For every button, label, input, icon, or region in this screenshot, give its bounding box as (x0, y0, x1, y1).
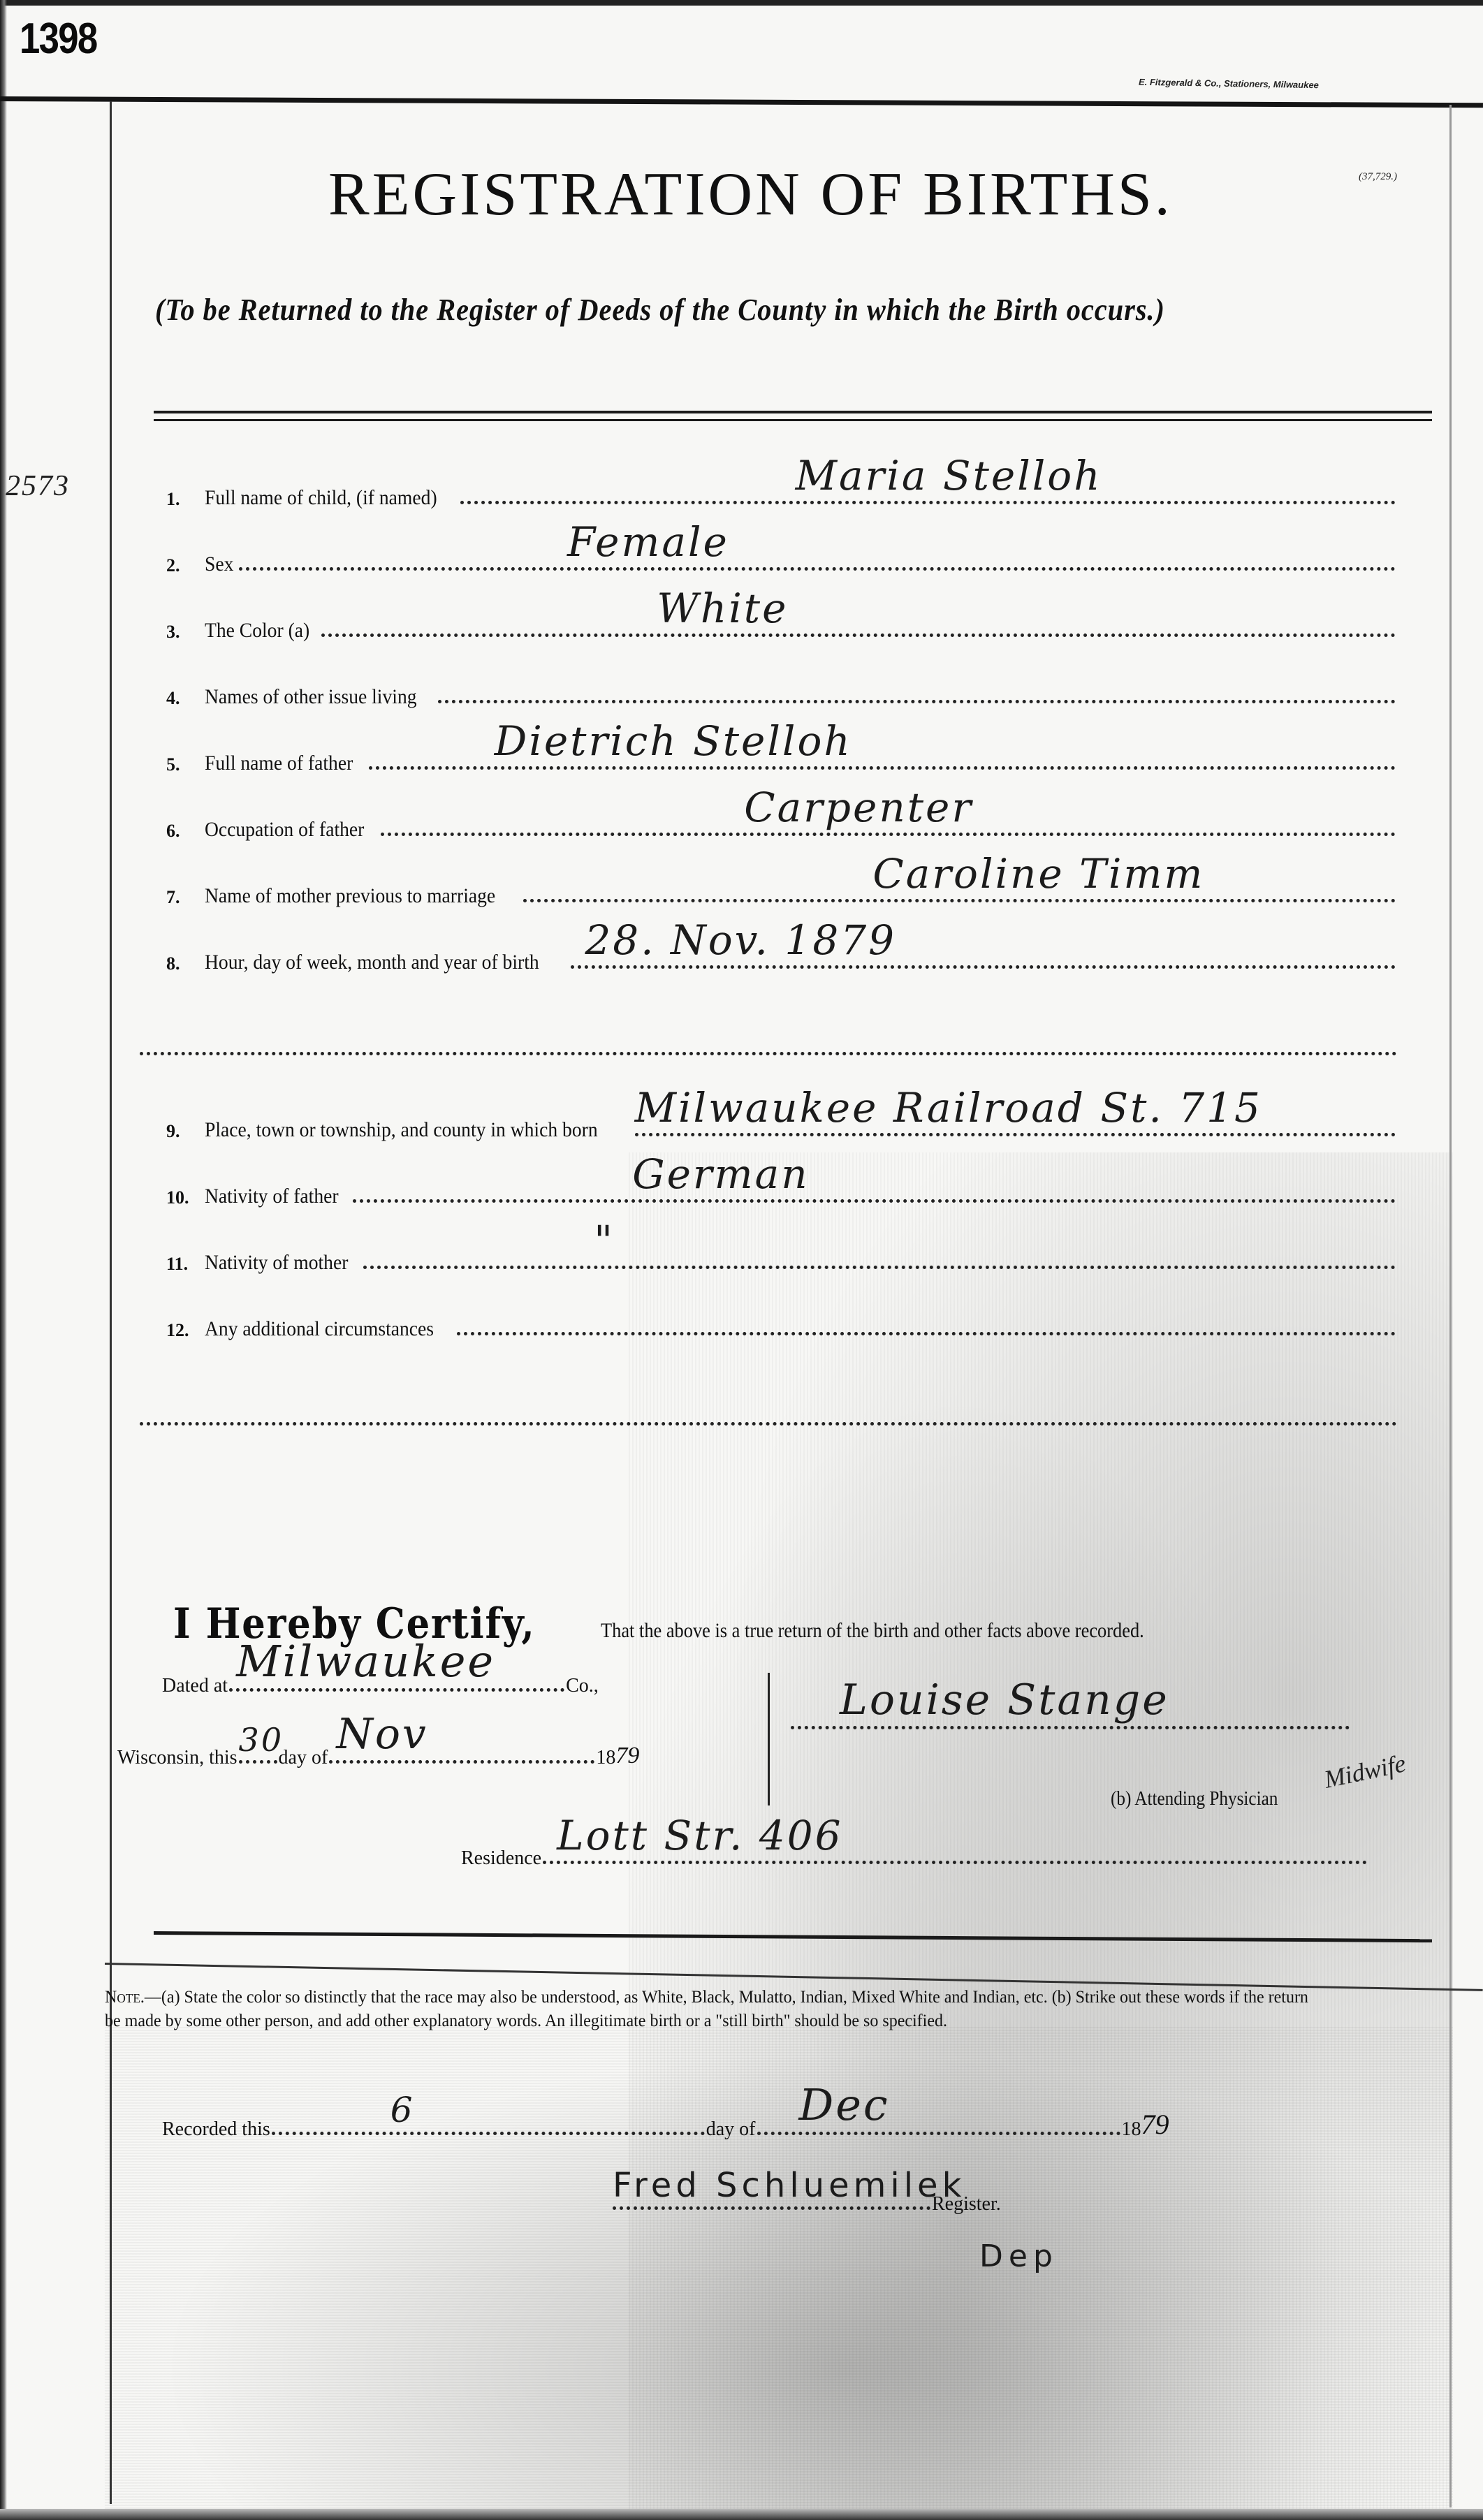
register-line: Fred Schluemilek Register. (611, 2193, 1001, 2215)
recorded-line: Recorded this 6 day of Dec 18 79 (162, 2108, 1169, 2141)
bracket (764, 1673, 770, 1805)
field-label: Occupation of father (205, 818, 364, 842)
field-row: 9.Place, town or township, and county in… (166, 1093, 1396, 1142)
registration-number: 2573 (6, 469, 70, 503)
dated-at-dots: Milwaukee (229, 1687, 564, 1692)
certification-year: 79 (615, 1743, 639, 1769)
field-label: Place, town or township, and county in w… (205, 1118, 598, 1142)
field-dots: Milwaukee Railroad St. 715 (635, 1132, 1396, 1136)
paper-aging-texture-lower (105, 2025, 1453, 2514)
field-number: 9. (166, 1121, 205, 1142)
dated-at-value: Milwaukee (236, 1636, 495, 1687)
header-rule (0, 96, 1483, 108)
field-label: Any additional circumstances (205, 1317, 434, 1341)
section-divider (154, 1931, 1432, 1942)
field-row: 8.Hour, day of week, month and year of b… (166, 925, 1396, 974)
field-number: 2. (166, 555, 205, 576)
field-dots: Female (239, 566, 1396, 571)
residence-dots: Lott Str. 406 (543, 1860, 1367, 1864)
register-dots: Fred Schluemilek (613, 2206, 930, 2210)
field-row: 3.The Color (a)White (166, 594, 1396, 643)
recorded-day: 6 (390, 2090, 415, 2130)
field-row: 7.Name of mother previous to marriageCar… (166, 859, 1396, 908)
recorded-day-dots: 6 (272, 2131, 705, 2135)
residence-label: Residence (461, 1847, 541, 1870)
dated-at-label: Dated at (162, 1675, 228, 1697)
scan-left-edge (0, 0, 7, 2520)
field-value: Caroline Timm (872, 850, 1204, 898)
field-dots: Caroline Timm (523, 898, 1396, 902)
field-number: 5. (166, 754, 205, 775)
certify-statement: That the above is a true return of the b… (601, 1619, 1144, 1643)
field-value: " (594, 1217, 615, 1264)
field-number: 12. (166, 1320, 205, 1341)
register-signature: Fred Schluemilek (613, 2166, 965, 2205)
double-rule-bottom (154, 419, 1432, 421)
field-row: 11.Nativity of mother" (166, 1226, 1396, 1275)
field-label: Hour, day of week, month and year of bir… (205, 951, 539, 974)
field-value: Maria Stelloh (796, 452, 1102, 499)
field-number: 7. (166, 887, 205, 908)
recorded-month-dots: Dec (757, 2131, 1120, 2135)
continuation-dots-8 (140, 1051, 1397, 1055)
field-dots: Dietrich Stelloh (369, 765, 1396, 770)
signature-line: Louise Stange (789, 1725, 1351, 1735)
day-dots: 30 (239, 1759, 277, 1764)
field-dots: Carpenter (381, 832, 1396, 836)
field-label: The Color (a) (205, 619, 309, 643)
month-dots: Nov (329, 1759, 594, 1764)
residence-line: Residence Lott Str. 406 (461, 1847, 1368, 1870)
certification-day: 30 (239, 1721, 284, 1759)
field-number: 10. (166, 1187, 205, 1208)
field-dots: German (353, 1199, 1396, 1203)
field-value: Female (567, 518, 729, 566)
field-row: 6.Occupation of fatherCarpenter (166, 793, 1396, 842)
double-rule-top (154, 411, 1432, 413)
field-number: 4. (166, 688, 205, 709)
footnote: Note.—(a) State the color so distinctly … (105, 1986, 1325, 2033)
field-label: Full name of father (205, 752, 353, 775)
recorded-day-of-label: day of (706, 2118, 756, 2141)
recorded-year: 79 (1141, 2108, 1169, 2141)
recorded-year-prefix: 18 (1122, 2118, 1141, 2141)
field-value: 28. Nov. 1879 (585, 916, 896, 964)
day-of-label: day of (279, 1747, 328, 1769)
note-lead: Note. (105, 1988, 145, 2007)
signature-dots: Louise Stange (791, 1725, 1350, 1729)
right-margin-rule (1449, 105, 1452, 2507)
dated-at-line: Dated at Milwaukee Co., (162, 1675, 599, 1697)
continuation-dots-12 (140, 1421, 1397, 1426)
note-text: —(a) State the color so distinctly that … (105, 1988, 1308, 2030)
certification-month: Nov (336, 1710, 428, 1759)
deputy-mark: Dep (979, 2239, 1058, 2274)
field-row: 4.Names of other issue living (166, 660, 1396, 709)
field-label: Names of other issue living (205, 685, 417, 709)
field-value: Carpenter (744, 784, 973, 831)
field-label: Nativity of father (205, 1185, 339, 1208)
field-dots (457, 1331, 1396, 1335)
recorded-label: Recorded this (162, 2118, 270, 2141)
field-label: Sex (205, 552, 233, 576)
field-number: 11. (166, 1254, 205, 1275)
field-dots: White (321, 633, 1396, 637)
certification-date-line: Wisconsin, this 30 day of Nov 18 79 (117, 1743, 639, 1769)
form-code: (37,729.) (1359, 171, 1397, 183)
attending-physician-label: (b) Attending Physician (1111, 1788, 1278, 1810)
scan-top-edge (0, 0, 1483, 6)
sheet-number: 1398 (20, 14, 96, 64)
field-dots (438, 699, 1396, 703)
field-label: Full name of child, (if named) (205, 486, 437, 510)
field-label: Nativity of mother (205, 1251, 348, 1275)
left-margin-rule (110, 101, 112, 2504)
field-row: 12.Any additional circumstances (166, 1292, 1396, 1341)
wisconsin-label: Wisconsin, this (117, 1747, 238, 1769)
county-suffix: Co., (566, 1675, 599, 1697)
field-dots: " (363, 1265, 1396, 1269)
midwife-annotation: Midwife (1322, 1748, 1408, 1794)
year-prefix: 18 (596, 1747, 615, 1769)
scan-bottom-edge (0, 2509, 1483, 2520)
field-row: 5.Full name of fatherDietrich Stelloh (166, 726, 1396, 775)
field-value: Dietrich Stelloh (495, 717, 852, 765)
physician-signature: Louise Stange (840, 1676, 1169, 1724)
field-dots: 28. Nov. 1879 (571, 965, 1396, 969)
field-row: 10.Nativity of fatherGerman (166, 1159, 1396, 1208)
field-row: 1.Full name of child, (if named)Maria St… (166, 461, 1396, 510)
field-row: 2.SexFemale (166, 527, 1396, 576)
field-value: German (632, 1150, 809, 1198)
residence-value: Lott Str. 406 (557, 1812, 842, 1859)
field-value: Milwaukee Railroad St. 715 (635, 1084, 1262, 1131)
field-number: 3. (166, 622, 205, 643)
printer-imprint: E. Fitzgerald & Co., Stationers, Milwauk… (1139, 77, 1319, 90)
field-dots: Maria Stelloh (460, 500, 1396, 504)
field-number: 6. (166, 821, 205, 842)
document-subtitle: (To be Returned to the Register of Deeds… (155, 292, 1165, 328)
field-number: 8. (166, 953, 205, 974)
recorded-month: Dec (799, 2079, 890, 2130)
field-label: Name of mother previous to marriage (205, 884, 495, 908)
field-number: 1. (166, 489, 205, 510)
field-value: White (657, 585, 788, 632)
document-title: REGISTRATION OF BIRTHS. (328, 159, 1173, 230)
